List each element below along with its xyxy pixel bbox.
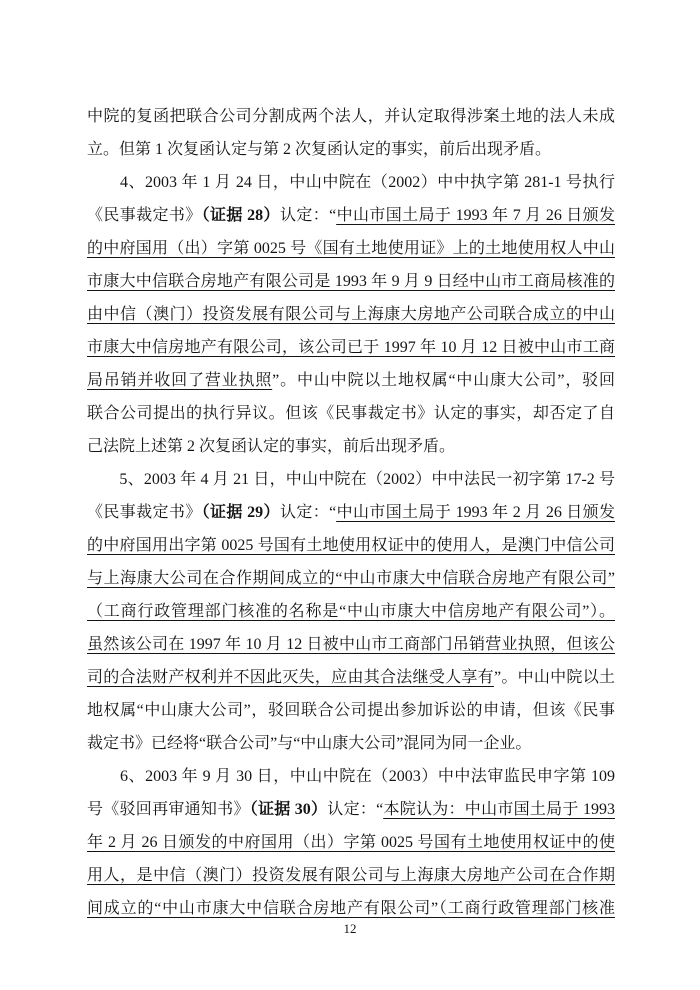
text-line: 虽然该公司在 1997 年 10 月 12 日被中山市工商部门吊销营业执照，但该… xyxy=(87,628,615,661)
text-segment: （证据 28） xyxy=(202,207,280,224)
text-line: 用人，是中信（澳门）投资发展有限公司与上海康大房地产公司在合作期 xyxy=(87,859,615,892)
document-page: 中院的复函把联合公司分割成两个法人，并认定取得涉案土地的法人未成立。但第 1 次… xyxy=(0,0,700,990)
text-segment: 号《驳回再审通知书》 xyxy=(87,801,250,818)
text-segment: 裁定书》已经将“联合公司”与“中山康大公司”混同为同一企业。 xyxy=(87,735,531,752)
text-line: 己法院上述第 2 次复函认定的事实，前后出现矛盾。 xyxy=(87,430,615,463)
text-line: 年 2 月 26 日颁发的中府国用（出）字第 0025 号国有土地使用权证中的使 xyxy=(87,826,615,859)
text-line: 的中府国用（出）字第 0025 号《国有土地使用证》上的土地使用权人中山 xyxy=(87,232,615,265)
text-line: 《民事裁定书》（证据 29）认定：“中山市国土局于 1993 年 2 月 26 … xyxy=(87,496,615,529)
text-line: 5、2003 年 4 月 21 日，中山中院在（2002）中中法民一初字第 17… xyxy=(87,463,615,496)
text-segment: （工商行政管理部门核准的名称是“中山市康大中信房地产有限公司”）。 xyxy=(87,603,615,620)
text-line: 6、2003 年 9 月 30 日，中山中院在（2003）中中法审监民申字第 1… xyxy=(87,760,615,793)
text-segment: 用人，是中信（澳门）投资发展有限公司与上海康大房地产公司在合作期 xyxy=(87,867,615,884)
text-segment: （证据 29） xyxy=(202,504,280,521)
text-segment: 联合公司提出的执行异议。但该《民事裁定书》认定的事实，却否定了自 xyxy=(87,405,615,422)
text-line: 号《驳回再审通知书》（证据 30）认定：“本院认为：中山市国土局于 1993 xyxy=(87,793,615,826)
text-segment: ”。中山中院以土地权属“中山康大公司”，驳回 xyxy=(272,372,615,389)
text-segment: 6、2003 年 9 月 30 日，中山中院在（2003）中中法审监民申字第 1… xyxy=(87,768,615,785)
text-segment: 司的合法财产权利并不因此灭失，应由其合法继受人享有 xyxy=(87,669,494,686)
text-segment: 虽然该公司在 1997 年 10 月 12 日被中山市工商部门吊销营业执照，但该… xyxy=(87,636,615,653)
text-line: 市康大中信房地产有限公司，该公司已于 1997 年 10 月 12 日被中山市工… xyxy=(87,331,615,364)
text-segment: 认定：“ xyxy=(327,801,383,818)
text-line: 4、2003 年 1 月 24 日，中山中院在（2002）中中执字第 281-1… xyxy=(87,166,615,199)
text-line: 立。但第 1 次复函认定与第 2 次复函认定的事实，前后出现矛盾。 xyxy=(87,133,615,166)
text-segment: ”。中山中院以土 xyxy=(494,669,615,686)
text-segment: （证据 30） xyxy=(250,801,328,818)
text-segment: 与上海康大公司在合作期间成立的“中山市康大中信联合房地产有限公司” xyxy=(87,570,615,587)
page-number: 12 xyxy=(0,921,700,937)
text-segment: 认定：“ xyxy=(280,207,336,224)
text-line: 裁定书》已经将“联合公司”与“中山康大公司”混同为同一企业。 xyxy=(87,727,615,760)
text-segment: 己法院上述第 2 次复函认定的事实，前后出现矛盾。 xyxy=(87,438,455,455)
text-line: （工商行政管理部门核准的名称是“中山市康大中信房地产有限公司”）。 xyxy=(87,595,615,628)
text-segment: 中山市国土局于 1993 年 2 月 26 日颁发 xyxy=(336,504,615,521)
text-segment: 市康大中信联合房地产有限公司是 1993 年 9 月 9 日经中山市工商局核准的 xyxy=(87,273,615,290)
text-segment: 中院的复函把联合公司分割成两个法人，并认定取得涉案土地的法人未成 xyxy=(87,108,615,125)
text-segment: 由中信（澳门）投资发展有限公司与上海康大房地产公司联合成立的中山 xyxy=(87,306,615,323)
text-segment: 立。但第 1 次复函认定与第 2 次复函认定的事实，前后出现矛盾。 xyxy=(87,141,551,158)
text-line: 市康大中信联合房地产有限公司是 1993 年 9 月 9 日经中山市工商局核准的 xyxy=(87,265,615,298)
text-segment: 4、2003 年 1 月 24 日，中山中院在（2002）中中执字第 281-1… xyxy=(87,174,615,191)
text-line: 中院的复函把联合公司分割成两个法人，并认定取得涉案土地的法人未成 xyxy=(87,100,615,133)
text-segment: 认定：“ xyxy=(280,504,336,521)
text-segment: 局吊销并收回了营业执照 xyxy=(87,372,272,389)
text-segment: 地权属“中山康大公司”，驳回联合公司提出参加诉讼的申请，但该《民事 xyxy=(87,702,615,719)
text-line: 与上海康大公司在合作期间成立的“中山市康大中信联合房地产有限公司” xyxy=(87,562,615,595)
document-body: 中院的复函把联合公司分割成两个法人，并认定取得涉案土地的法人未成立。但第 1 次… xyxy=(87,100,615,925)
text-segment: 间成立的“中山市康大中信联合房地产有限公司”（工商行政管理部门核准 xyxy=(87,900,615,917)
text-segment: 5、2003 年 4 月 21 日，中山中院在（2002）中中法民一初字第 17… xyxy=(87,471,615,488)
text-line: 《民事裁定书》（证据 28）认定：“中山市国土局于 1993 年 7 月 26 … xyxy=(87,199,615,232)
text-segment: 市康大中信房地产有限公司，该公司已于 1997 年 10 月 12 日被中山市工… xyxy=(87,339,615,356)
text-line: 局吊销并收回了营业执照”。中山中院以土地权属“中山康大公司”，驳回 xyxy=(87,364,615,397)
text-segment: 中山市国土局于 1993 年 7 月 26 日颁发 xyxy=(336,207,615,224)
text-segment: 本院认为：中山市国土局于 1993 xyxy=(383,801,615,818)
text-line: 联合公司提出的执行异议。但该《民事裁定书》认定的事实，却否定了自 xyxy=(87,397,615,430)
text-line: 的中府国用出字第 0025 号国有土地使用权证中的使用人，是澳门中信公司 xyxy=(87,529,615,562)
text-line: 地权属“中山康大公司”，驳回联合公司提出参加诉讼的申请，但该《民事 xyxy=(87,694,615,727)
text-line: 司的合法财产权利并不因此灭失，应由其合法继受人享有”。中山中院以土 xyxy=(87,661,615,694)
text-segment: 《民事裁定书》 xyxy=(87,207,202,224)
text-segment: 年 2 月 26 日颁发的中府国用（出）字第 0025 号国有土地使用权证中的使 xyxy=(87,834,615,851)
text-line: 由中信（澳门）投资发展有限公司与上海康大房地产公司联合成立的中山 xyxy=(87,298,615,331)
text-segment: 的中府国用出字第 0025 号国有土地使用权证中的使用人，是澳门中信公司 xyxy=(87,537,615,554)
text-segment: 的中府国用（出）字第 0025 号《国有土地使用证》上的土地使用权人中山 xyxy=(87,240,615,257)
text-segment: 《民事裁定书》 xyxy=(87,504,202,521)
